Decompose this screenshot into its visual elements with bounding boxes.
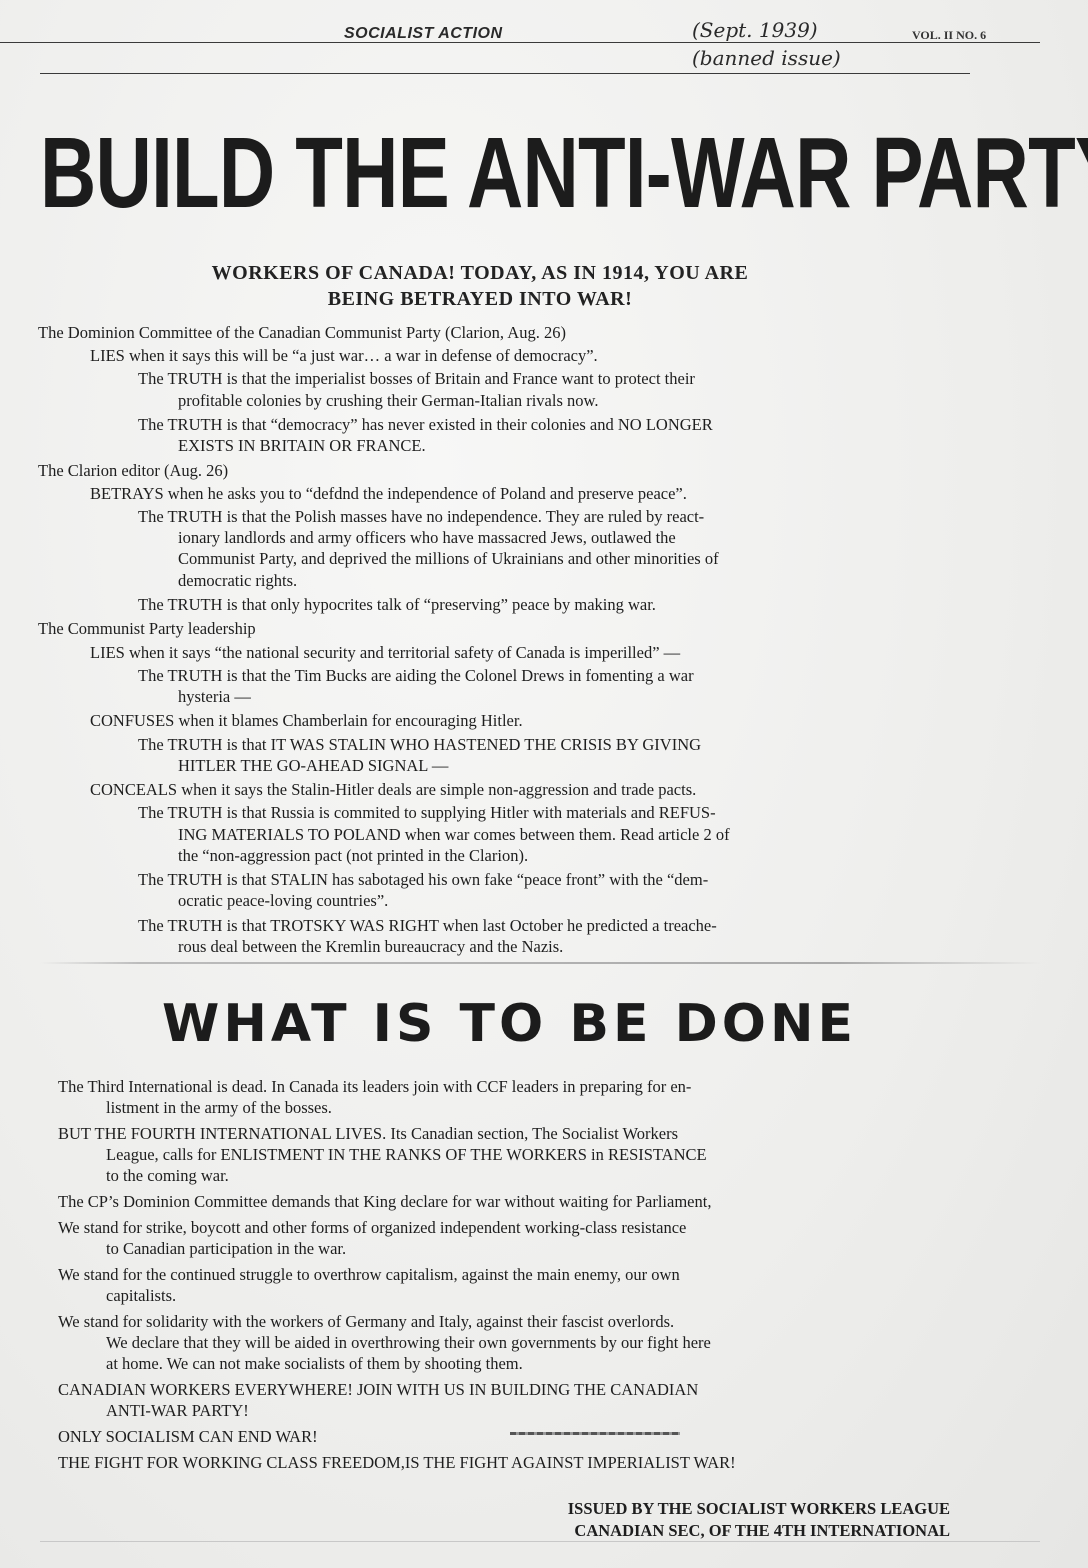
outline-line: HITLER THE GO-AHEAD SIGNAL —: [178, 755, 448, 776]
subhead-line: BEING BETRAYED INTO WAR!: [60, 286, 900, 312]
outline-line: The Communist Party leadership: [38, 618, 256, 639]
masthead: SOCIALIST ACTION: [344, 25, 503, 43]
outline-line: ocratic peace-loving countries”.: [178, 890, 388, 911]
program-line: We stand for solidarity with the workers…: [58, 1311, 674, 1332]
program-line: CANADIAN WORKERS EVERYWHERE! JOIN WITH U…: [58, 1379, 698, 1400]
handwritten-date: (Sept. 1939): [692, 18, 818, 42]
outline-line: LIES when it says “the national security…: [90, 642, 680, 663]
program-line: ONLY SOCIALISM CAN END WAR!: [58, 1426, 318, 1447]
section-divider: [40, 962, 1040, 964]
program-line: We stand for strike, boycott and other f…: [58, 1217, 686, 1238]
section-title: WHAT IS TO BE DONE: [162, 994, 857, 1054]
program-line: We stand for the continued struggle to o…: [58, 1264, 680, 1285]
outline-line: The TRUTH is that Russia is commited to …: [138, 802, 716, 823]
outline-line: The TRUTH is that TROTSKY WAS RIGHT when…: [138, 915, 717, 936]
outline-line: democratic rights.: [178, 570, 297, 591]
outline-line: The TRUTH is that only hypocrites talk o…: [138, 594, 656, 615]
leaflet-page: SOCIALIST ACTION (Sept. 1939) (banned is…: [0, 0, 1088, 1568]
outline-line: The TRUTH is that STALIN has sabotaged h…: [138, 869, 708, 890]
headline: BUILD THE ANTI-WAR PARTY: [40, 118, 734, 228]
outline-line: The TRUTH is that the Polish masses have…: [138, 506, 704, 527]
program-line: listment in the army of the bosses.: [106, 1097, 332, 1118]
outline-line: The TRUTH is that “democracy” has never …: [138, 414, 713, 435]
outline-line: rous deal between the Kremlin bureaucrac…: [178, 936, 563, 957]
outline-line: The Clarion editor (Aug. 26): [38, 460, 228, 481]
outline-line: CONFUSES when it blames Chamberlain for …: [90, 710, 523, 731]
program-line: at home. We can not make socialists of t…: [106, 1353, 523, 1374]
subheadline: WORKERS OF CANADA! TODAY, AS IN 1914, YO…: [60, 260, 900, 312]
program-line: We declare that they will be aided in ov…: [106, 1332, 711, 1353]
outline-line: hysteria —: [178, 686, 251, 707]
handwritten-note: (banned issue): [692, 46, 841, 70]
program-line: to Canadian participation in the war.: [106, 1238, 346, 1259]
outline-line: ionary landlords and army officers who h…: [178, 527, 676, 548]
program-line: THE FIGHT FOR WORKING CLASS FREEDOM,IS T…: [58, 1452, 736, 1473]
outline-line: LIES when it says this will be “a just w…: [90, 345, 598, 366]
program-line: to the coming war.: [106, 1165, 229, 1186]
outline-line: The TRUTH is that the imperialist bosses…: [138, 368, 695, 389]
outline-line: EXISTS IN BRITAIN OR FRANCE.: [178, 435, 426, 456]
program-line: The Third International is dead. In Cana…: [58, 1076, 691, 1097]
outline-line: profitable colonies by crushing their Ge…: [178, 390, 598, 411]
header-rule-lower: [40, 73, 970, 74]
decorative-rule: [510, 1432, 680, 1435]
program-line: League, calls for ENLISTMENT IN THE RANK…: [106, 1144, 707, 1165]
outline-line: CONCEALS when it says the Stalin-Hitler …: [90, 779, 696, 800]
outline-line: The TRUTH is that IT WAS STALIN WHO HAST…: [138, 734, 701, 755]
program-line: BUT THE FOURTH INTERNATIONAL LIVES. Its …: [58, 1123, 678, 1144]
issuer-credit: ISSUED BY THE SOCIALIST WORKERS LEAGUE C…: [464, 1498, 950, 1542]
outline-line: the “non-aggression pact (not printed in…: [178, 845, 528, 866]
outline-line: BETRAYS when he asks you to “defdnd the …: [90, 483, 687, 504]
issuer-line: ISSUED BY THE SOCIALIST WORKERS LEAGUE: [464, 1498, 950, 1520]
outline-line: Communist Party, and deprived the millio…: [178, 548, 719, 569]
issuer-line: CANADIAN SEC, OF THE 4TH INTERNATIONAL: [464, 1520, 950, 1542]
outline-line: The Dominion Committee of the Canadian C…: [38, 322, 566, 343]
outline-line: ING MATERIALS TO POLAND when war comes b…: [178, 824, 730, 845]
program-line: ANTI-WAR PARTY!: [106, 1400, 249, 1421]
outline-line: The TRUTH is that the Tim Bucks are aidi…: [138, 665, 694, 686]
header-rule: [0, 42, 1040, 43]
subhead-line: WORKERS OF CANADA! TODAY, AS IN 1914, YO…: [60, 260, 900, 286]
program-line: The CP’s Dominion Committee demands that…: [58, 1191, 711, 1212]
volume-number: VOL. II NO. 6: [912, 28, 986, 43]
program-line: capitalists.: [106, 1285, 176, 1306]
